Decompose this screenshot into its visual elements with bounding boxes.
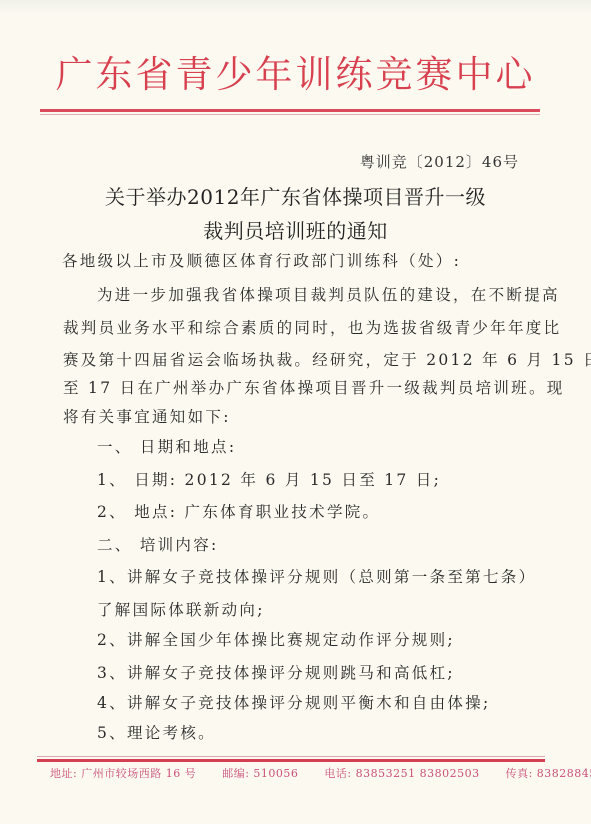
salutation: 各地级以上市及顺德区体育行政部门训练科（处）: <box>62 250 461 272</box>
letterhead-title: 广东省青少年训练竞赛中心 <box>0 50 591 100</box>
footer-address: 地址: 广州市较场西路 16 号 <box>50 767 196 780</box>
body-line: 至 17 日在广州举办广东省体操项目晋升一级裁判员培训班。现 <box>63 377 565 399</box>
body-line: 为进一步加强我省体操项目裁判员队伍的建设，在不断提高 <box>97 284 560 306</box>
letterhead-rule-thin <box>40 114 540 115</box>
section2-heading: 二、 培训内容: <box>97 534 219 556</box>
footer-contact: 地址: 广州市较场西路 16 号 邮编: 510056 电话: 83853251… <box>50 766 591 782</box>
body-line: 赛及第十四届省运会临场执裁。经研究，定于 2012 年 6 月 15 日 <box>63 349 591 371</box>
section2-item: 2、讲解全国少年体操比赛规定动作评分规则; <box>97 629 455 651</box>
section2-item: 1、讲解女子竞技体操评分规则（总则第一条至第七条） <box>97 566 536 588</box>
section1-heading: 一、 日期和地点: <box>97 436 236 458</box>
body-line: 将有关事宜通知如下: <box>63 406 231 428</box>
footer-fax: 传真: 83828845 <box>506 767 591 780</box>
section1-item: 2、 地点: 广东体育职业技术学院。 <box>97 501 380 523</box>
footer-rule-thin <box>37 756 545 757</box>
section2-item: 4、讲解女子竞技体操评分规则平衡木和自由体操; <box>97 692 491 714</box>
document-title-line1: 关于举办2012年广东省体操项目晋升一级 <box>0 183 591 211</box>
footer-postcode: 邮编: 510056 <box>222 767 298 780</box>
document-number: 粤训竞〔2012〕46号 <box>360 151 519 173</box>
section1-item: 1、 日期: 2012 年 6 月 15 日至 17 日; <box>97 469 441 491</box>
letterhead-rule-thick <box>40 109 540 112</box>
document-page: 广东省青少年训练竞赛中心 粤训竞〔2012〕46号 关于举办2012年广东省体操… <box>0 0 591 824</box>
footer-phone: 电话: 83853251 83802503 <box>324 767 479 780</box>
section2-item: 3、讲解女子竞技体操评分规则跳马和高低杠; <box>97 662 455 684</box>
body-line: 裁判员业务水平和综合素质的同时，也为选拔省级青少年年度比 <box>63 317 561 339</box>
section2-item: 了解国际体联新动向; <box>97 599 265 621</box>
section2-item: 5、理论考核。 <box>97 722 216 744</box>
document-title-line2: 裁判员培训班的通知 <box>0 217 591 245</box>
footer-rule-thick <box>37 759 545 762</box>
